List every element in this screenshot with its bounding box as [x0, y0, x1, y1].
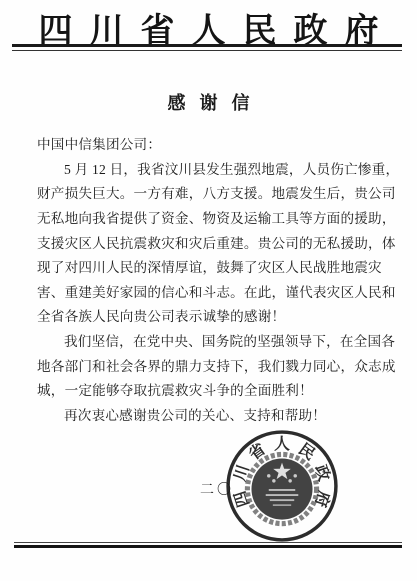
- gate-line: [273, 504, 291, 506]
- body-line: 全省各族人民向贵公司表示诚挚的感谢！: [37, 305, 393, 330]
- body-line: 财产损失巨大。一方有难，八方支援。地震发生后，贵公司: [37, 182, 393, 207]
- letter-title: 感谢信: [0, 89, 417, 115]
- body-line: 我们坚信，在党中央、国务院的坚强领导下，在全国各: [37, 330, 393, 355]
- recipient-line: 中国中信集团公司：: [37, 133, 393, 158]
- seal-char: 人: [274, 435, 290, 453]
- body-line: 地各部门和社会各界的鼎力支持下，我们戮力同心，众志成: [37, 355, 393, 380]
- letter-page: 四川省人民政府 感谢信 中国中信集团公司： 5 月 12 日，我省汶川县发生强烈…: [0, 0, 417, 581]
- gate-line: [269, 489, 295, 491]
- letterhead-rule-thin: [12, 50, 402, 51]
- footer-rule-thin: [14, 542, 402, 543]
- letter-body: 中国中信集团公司： 5 月 12 日，我省汶川县发生强烈地震，人员伤亡惨重， 财…: [37, 133, 393, 429]
- seal-char: 川: [231, 463, 253, 484]
- national-emblem-icon: [247, 454, 316, 523]
- gate-line: [266, 494, 299, 496]
- body-line: 无私地向我省提供了资金、物资及运输工具等方面的援助，: [37, 207, 393, 232]
- gate-line: [270, 499, 294, 501]
- body-line: 5 月 12 日，我省汶川县发生强烈地震，人员伤亡惨重，: [37, 158, 393, 183]
- small-star-icon: [293, 474, 296, 477]
- small-star-icon: [288, 479, 291, 482]
- footer-rule-thick: [14, 545, 402, 548]
- letterhead-rule-thick: [12, 44, 402, 47]
- body-line: 城，一定能够夺取抗震救灾斗争的全面胜利！: [37, 379, 393, 404]
- small-star-icon: [267, 474, 270, 477]
- body-line: 现了对四川人民的深情厚谊，鼓舞了灾区人民战胜地震灾: [37, 256, 393, 281]
- body-line: 害、重建美好家园的信心和斗志。在此，谨代表灾区人民和: [37, 281, 393, 306]
- small-star-icon: [272, 479, 275, 482]
- official-seal: 四 川 省 人 民 政 府: [224, 428, 340, 544]
- body-line: 支援灾区人民抗震救灾和灾后重建。贵公司的无私援助，体: [37, 232, 393, 257]
- body-line: 再次衷心感谢贵公司的关心、支持和帮助！: [37, 404, 393, 429]
